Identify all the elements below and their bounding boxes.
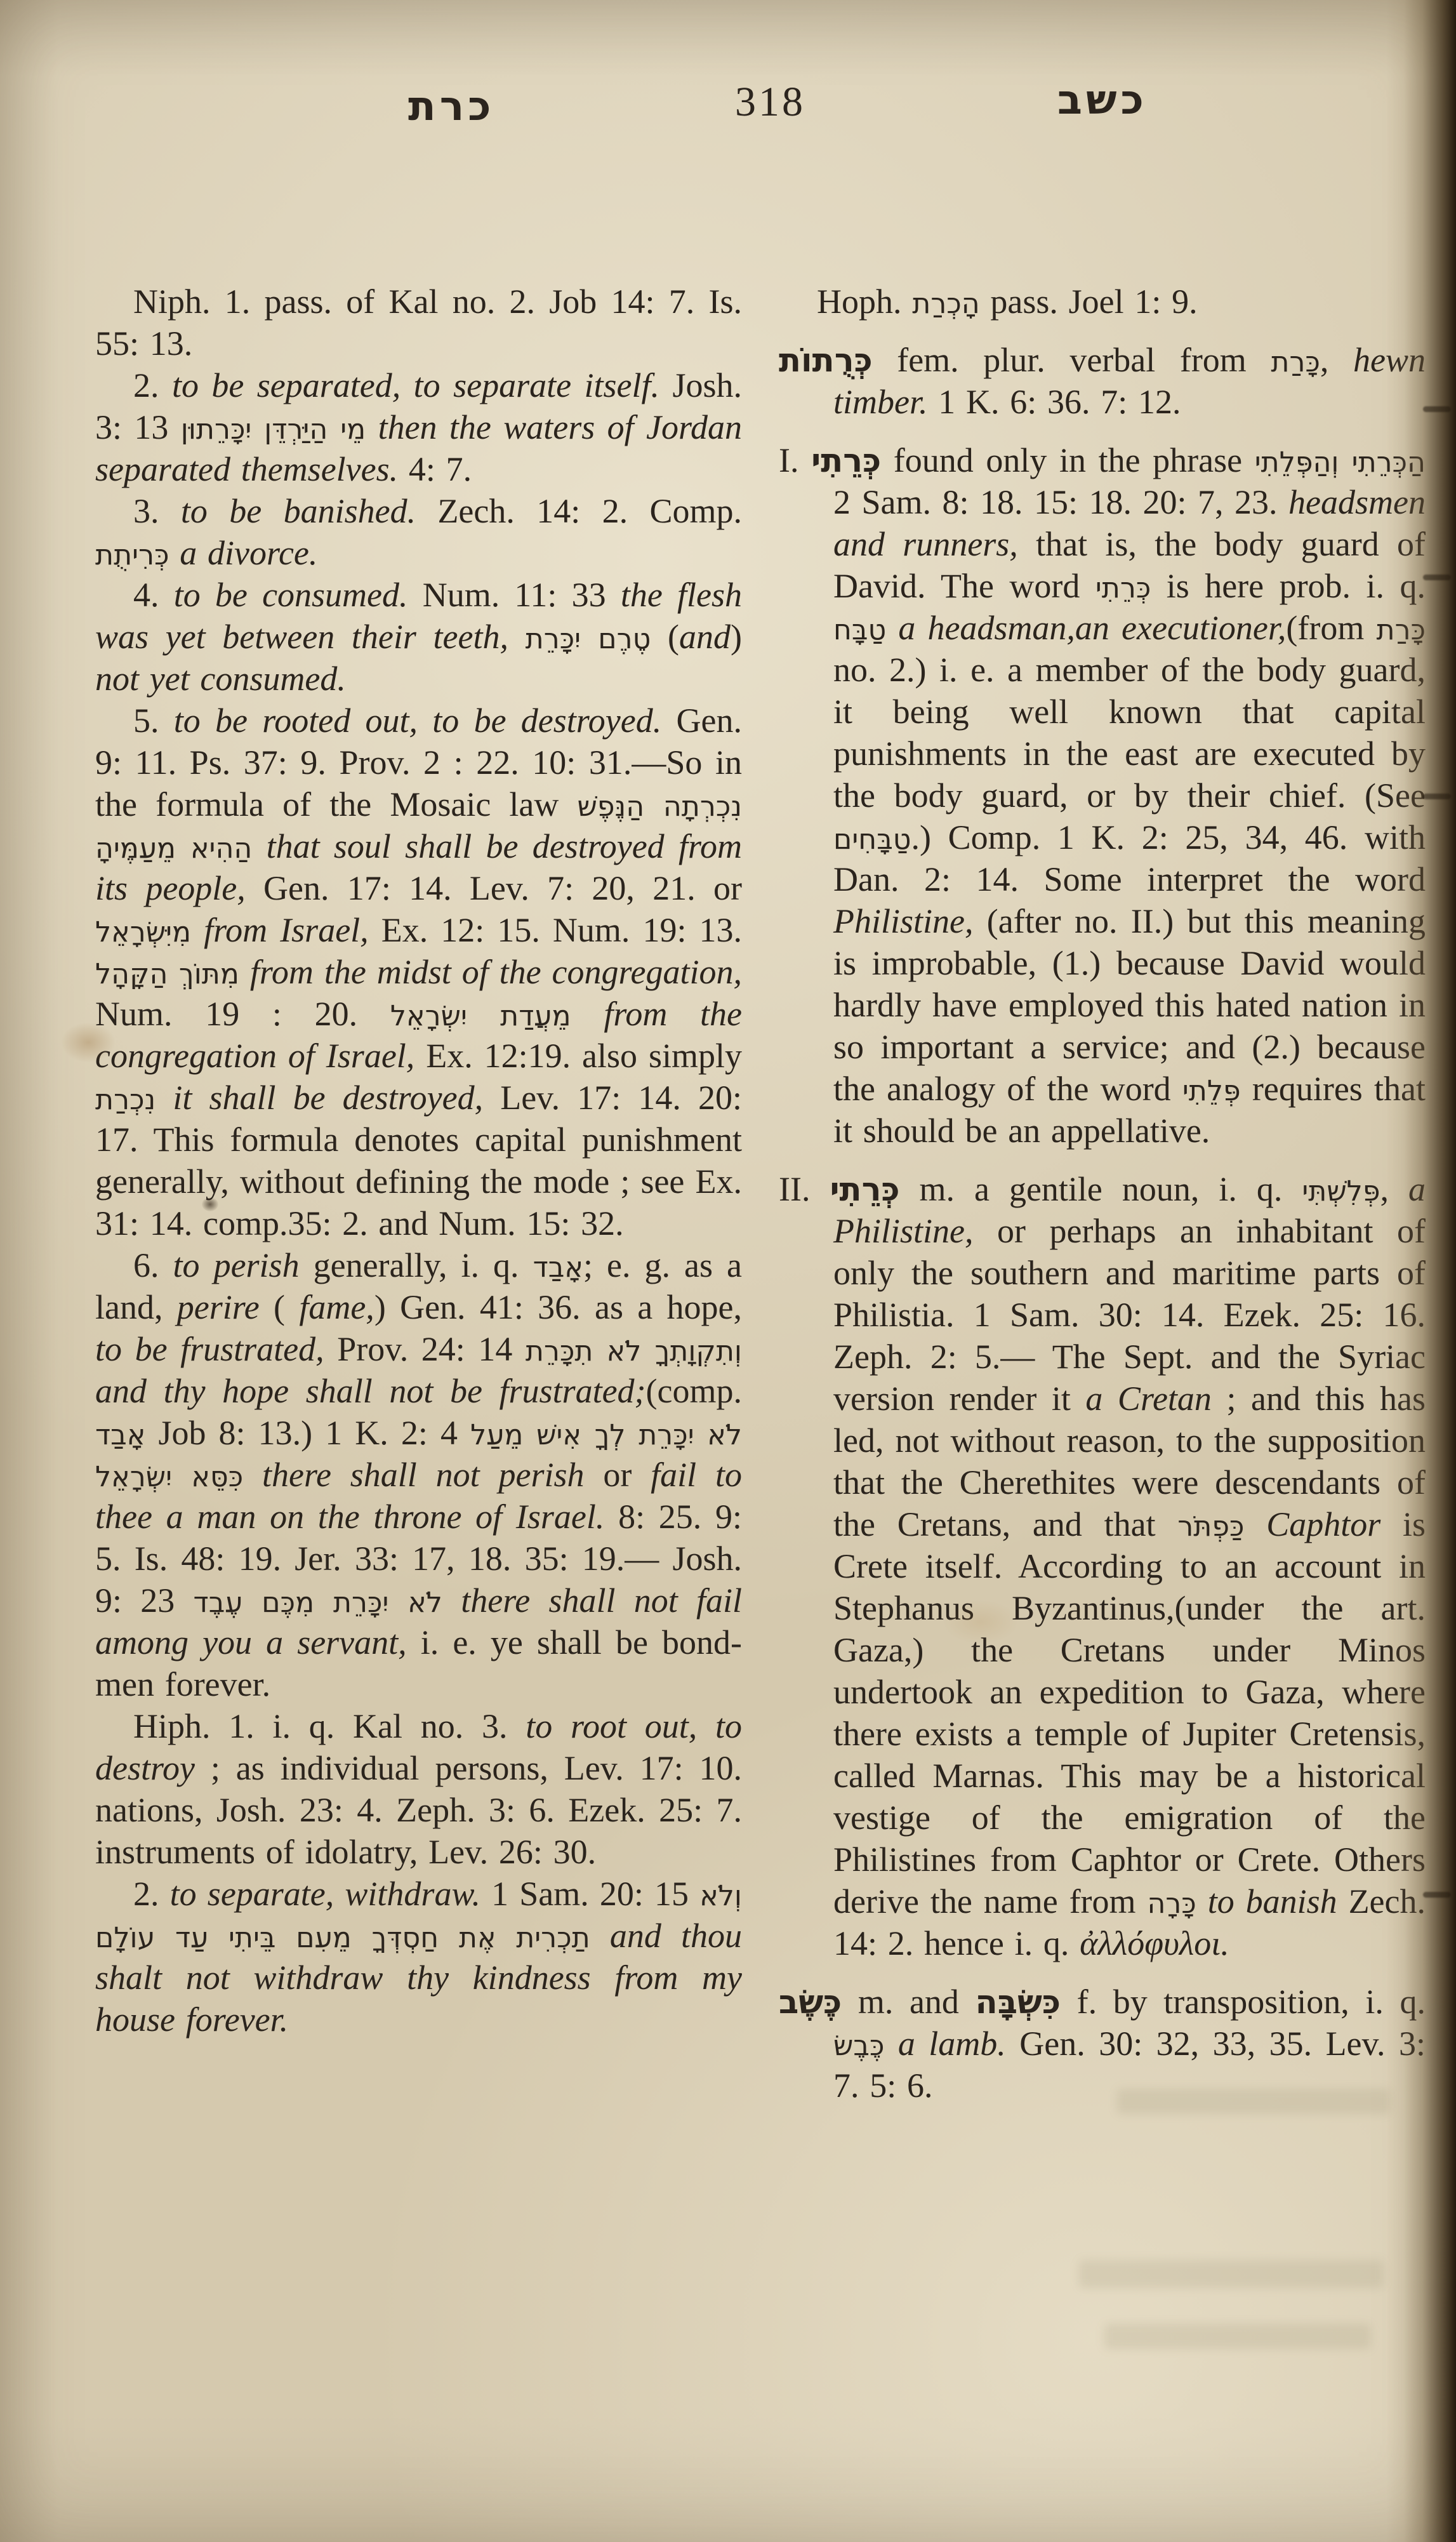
hebrew-headword: כְּרֻתוֹת — [779, 342, 873, 380]
page-edge-mark — [1423, 1892, 1451, 1898]
italic-text-run: not yet consumed. — [95, 660, 346, 698]
right-column: Hoph. הָכְרַת pass. Joel 1: 9.כְּרֻתוֹת … — [779, 281, 1426, 2106]
text-run: Niph. 1. pass. of Kal no. 2. Job 14: 7. … — [95, 283, 742, 363]
niph-sense-4: 4. to be consumed. Num. 11: 33 the flesh… — [95, 574, 742, 700]
italic-text-run: and — [679, 618, 731, 656]
text-run: is here prob. i. q. — [1151, 567, 1426, 605]
hiph-sense-2: 2. to separate, withdraw. 1 Sam. 20: 15 … — [95, 1873, 742, 2040]
text-run — [886, 609, 898, 647]
text-run: m. and — [842, 1983, 975, 2021]
text-run — [169, 534, 180, 572]
hebrew-text: כָּרָה — [1147, 1887, 1196, 1920]
hebrew-text: אָבַד — [533, 1251, 583, 1284]
hebrew-text: מֵי הַיַּרְדֵּן יִכָּרֵתוּן — [181, 413, 366, 446]
text-run — [571, 995, 604, 1033]
italic-text-run: to perish — [173, 1246, 300, 1284]
text-run: no. 2.) i. e. a member of the body guard… — [833, 651, 1426, 815]
italic-text-run: a divorce. — [180, 534, 317, 572]
text-run: Hoph. — [817, 283, 912, 321]
text-run: Gen. 17: 14. Lev. 7: 20, 21. or — [246, 869, 742, 907]
hebrew-text: טֶרֶם יִכָּרֵת — [526, 623, 651, 655]
hebrew-text: פְּלֵתִי — [1182, 1075, 1241, 1107]
text-run: found only in the phrase — [881, 441, 1255, 479]
italic-text-run: there shall not perish — [262, 1456, 585, 1494]
text-run: 5. — [133, 702, 174, 740]
niph-sense-5: 5. to be rooted out, to be destroyed. Ge… — [95, 700, 742, 1244]
hebrew-text: מִתּוֹךְ הַקָּהָל — [95, 958, 239, 990]
italic-text-run: to be rooted out, to be destroyed. — [174, 702, 661, 740]
text-run: ( — [260, 1288, 300, 1326]
niph-sense-2: 2. to be separated, to separate itself. … — [95, 364, 742, 490]
hebrew-headword: כֶּשֶׂב — [779, 1983, 842, 2021]
entry-keseb: כֶּשֶׂב m. and כִּשְׂבָּה f. by transpos… — [779, 1981, 1426, 2106]
italic-text-run: to banish — [1208, 1882, 1337, 1920]
lexicon-page: כרת 318 כשב Niph. 1. pass. of Kal no. 2.… — [0, 0, 1456, 2542]
hoph-section: Hoph. הָכְרַת pass. Joel 1: 9. — [779, 281, 1426, 323]
page-edge-mark — [1423, 794, 1451, 799]
text-run: 1 K. 6: 36. 7: 12. — [928, 383, 1181, 421]
text-run: , — [1380, 1170, 1408, 1208]
hebrew-text: וְתִקְוָתְךָ לֹא תִכָּרֵת — [526, 1335, 742, 1367]
hebrew-text: טַבָּח — [833, 614, 886, 646]
italic-text-run: a headsman,an executioner, — [898, 609, 1286, 647]
text-run: Ex. 12: 15. Num. 19: 13. — [369, 911, 742, 949]
page-number: 318 — [735, 81, 805, 123]
italic-text-run: to be separated, to separate itself. — [172, 366, 659, 404]
italic-text-run: perire — [177, 1288, 260, 1326]
text-run: 3. — [133, 492, 181, 530]
hebrew-headword: כְּרֵתִי — [830, 1171, 899, 1209]
text-run — [1196, 1882, 1208, 1920]
text-run: m. a gentile noun, i. q. — [900, 1170, 1302, 1208]
italic-text-run: Philistine, — [833, 902, 973, 940]
hebrew-headword: כְּרֵתִי — [811, 442, 881, 480]
hebrew-text: מִיִּשְׂרָאֵל — [95, 916, 191, 948]
text-run: Hiph. 1. i. q. Kal no. 3. — [133, 1707, 526, 1745]
text-run: 1 Sam. 20: 15 — [480, 1875, 699, 1913]
italic-text-run: a lamb. — [898, 2025, 1006, 2063]
text-run: Num. 11: 33 — [408, 576, 621, 614]
text-run: (comp. — [646, 1372, 742, 1410]
text-columns: Niph. 1. pass. of Kal no. 2. Job 14: 7. … — [95, 281, 1426, 2106]
hebrew-text: הָכְרַת — [912, 288, 979, 320]
text-run: .) Comp. 1 K. 2: 25, 34, 46. with Dan. 2… — [833, 818, 1426, 898]
niph-sense-6: 6. to perish generally, i. q. אָבַד; e. … — [95, 1244, 742, 1705]
text-run — [884, 2025, 897, 2063]
page-showthrough — [1104, 2324, 1371, 2349]
entry-keruthoth: כְּרֻתוֹת fem. plur. verbal from כָּרַת,… — [779, 339, 1426, 423]
text-run: , — [1320, 341, 1353, 379]
hebrew-text: לֹא יִכָּרֵת מִכֶּם עֶבֶד — [194, 1587, 442, 1619]
text-run: or — [584, 1456, 651, 1494]
text-run: Zech. 14: 2. Comp. — [416, 492, 742, 530]
italic-text-run: it shall be destroyed, — [173, 1079, 483, 1117]
text-run: ( — [651, 618, 679, 656]
text-run — [156, 1079, 173, 1117]
text-run: (from — [1286, 609, 1376, 647]
text-run — [243, 1456, 262, 1494]
italic-text-run: to be banished. — [181, 492, 416, 530]
hebrew-text: הַכְּרֵתִי וְהַפְּלֵתִי — [1255, 446, 1426, 479]
text-run: 6. — [133, 1246, 173, 1284]
page-edge-mark — [1423, 575, 1451, 580]
greek-text: ἀλλόφυλοι. — [1080, 1924, 1229, 1962]
italic-text-run: to be frustrated, — [95, 1330, 324, 1368]
text-run — [366, 408, 378, 446]
italic-text-run: to separate, withdraw. — [170, 1875, 480, 1913]
running-header: כרת 318 כשב — [0, 0, 1456, 165]
text-run: Num. 19 : 20. — [95, 995, 390, 1033]
niph-sense-3: 3. to be banished. Zech. 14: 2. Comp. כְ… — [95, 490, 742, 574]
text-run: 2. — [133, 1875, 170, 1913]
hebrew-text: כֶּבֶשׂ — [833, 2030, 884, 2062]
text-run — [1244, 1505, 1266, 1543]
italic-text-run: fame, — [299, 1288, 374, 1326]
text-run: Job 8: 13.) 1 K. 2: 4 — [145, 1414, 470, 1452]
niph-section: Niph. 1. pass. of Kal no. 2. Job 14: 7. … — [95, 281, 742, 364]
text-run: Prov. 24: 14 — [324, 1330, 526, 1368]
text-run — [239, 953, 250, 991]
entry-kerethi-2: II. כְּרֵתִי m. a gentile noun, i. q. פְ… — [779, 1168, 1426, 1964]
text-run: II. — [779, 1170, 830, 1208]
page-showthrough — [1079, 2260, 1384, 2288]
text-run: generally, i. q. — [300, 1246, 533, 1284]
text-run: pass. Joel 1: 9. — [980, 283, 1198, 321]
text-run — [508, 618, 526, 656]
hebrew-text: מֵעֲדַת יִשְׂרָאֵל — [390, 1000, 571, 1032]
text-run — [191, 911, 204, 949]
text-run: f. by transposition, i. q. — [1061, 1983, 1426, 2021]
hebrew-text: כְּרֵתִי — [1095, 572, 1151, 604]
text-run: fem. plur. verbal from — [873, 341, 1271, 379]
hebrew-text: כַּפְתֹּר — [1177, 1510, 1244, 1543]
italic-text-run: and thy hope shall not be frustrated; — [95, 1372, 646, 1410]
hebrew-text: נִכְרַת — [95, 1084, 156, 1116]
text-run: Ex. 12:19. also simply — [414, 1037, 742, 1075]
hebrew-text: אָבַד — [95, 1419, 145, 1451]
hebrew-text: טַבָּחִים — [833, 823, 911, 856]
hebrew-text: כָּרַת — [1376, 614, 1426, 646]
hebrew-headword: כִּשְׂבָּה — [976, 1983, 1061, 2021]
text-run — [252, 827, 266, 865]
text-run: is Crete itself. According to an account… — [833, 1505, 1426, 1920]
italic-text-run: Caphtor — [1266, 1505, 1380, 1543]
text-run: ) Gen. 41: 36. as a hope, — [374, 1288, 742, 1326]
hebrew-text: כָּרַת — [1271, 346, 1320, 378]
text-run: 2 Sam. 8: 18. 15: 18. 20: 7, 23. — [833, 483, 1288, 521]
running-head-left-keyword: כרת — [408, 86, 495, 127]
text-run: I. — [779, 441, 811, 479]
left-column: Niph. 1. pass. of Kal no. 2. Job 14: 7. … — [95, 281, 742, 2106]
text-run: ) — [731, 618, 742, 656]
italic-text-run: from Israel, — [204, 911, 369, 949]
entry-kerethi-1: I. כְּרֵתִי found only in the phrase הַכ… — [779, 439, 1426, 1152]
italic-text-run: to be consumed. — [174, 576, 408, 614]
text-run — [590, 1917, 610, 1955]
hebrew-text: פְּלִשְׁתִּי — [1302, 1175, 1380, 1208]
hebrew-text: כְּרִיתֻת — [95, 539, 169, 571]
text-run: 2. — [133, 366, 172, 404]
italic-text-run: a Cretan — [1085, 1380, 1212, 1418]
italic-text-run: from the midst of the congregation, — [250, 953, 742, 991]
text-run: 4. — [133, 576, 174, 614]
hiph-section: Hiph. 1. i. q. Kal no. 3. to root out, t… — [95, 1705, 742, 1873]
page-edge-mark — [1423, 406, 1451, 412]
text-run — [442, 1581, 461, 1620]
running-head-right-keyword: כשב — [1057, 80, 1148, 121]
text-run: 4: 7. — [398, 450, 472, 488]
